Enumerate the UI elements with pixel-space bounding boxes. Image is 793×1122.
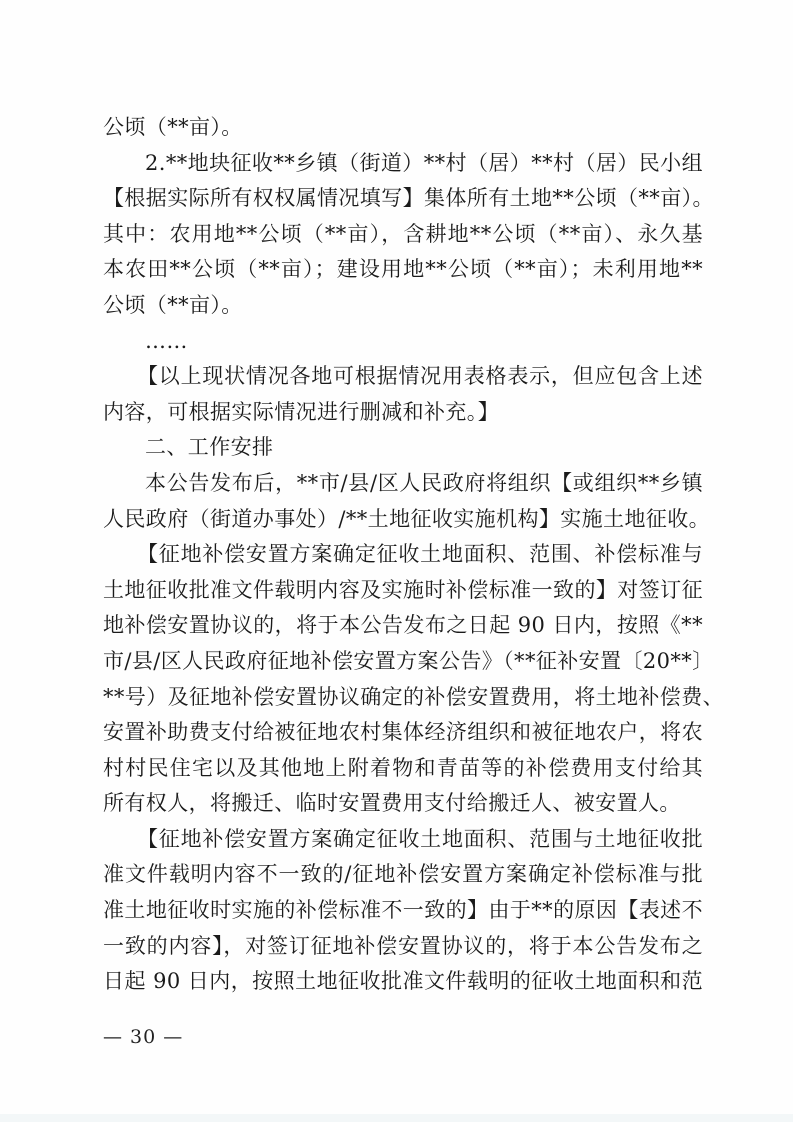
text-line: 其中：农用地**公顷（**亩），含耕地**公顷（**亩）、永久基	[103, 217, 703, 253]
ellipsis-line: ……	[103, 324, 703, 360]
text-line: 公顷（**亩）。	[103, 110, 703, 146]
text-line: 一致的内容】，对签订征地补偿安置协议的，将于本公告发布之	[103, 929, 703, 965]
text-line: 人民政府（街道办事处）/**土地征收实施机构】实施土地征收。	[103, 502, 703, 538]
text-line: 【征地补偿安置方案确定征收土地面积、范围与土地征收批	[103, 822, 703, 858]
text-line: 所有权人，将搬迁、临时安置费用支付给搬迁人、被安置人。	[103, 786, 703, 822]
text-line: 村村民住宅以及其他地上附着物和青苗等的补偿费用支付给其	[103, 751, 703, 787]
text-line: 【征地补偿安置方案确定征收土地面积、范围、补偿标准与	[103, 537, 703, 573]
text-line: 本农田**公顷（**亩）；建设用地**公顷（**亩）；未利用地**	[103, 252, 703, 288]
text-line: 土地征收批准文件载明内容及实施时补偿标准一致的】对签订征	[103, 573, 703, 609]
text-line: 公顷（**亩）。	[103, 288, 703, 324]
text-line: 日起 90 日内，按照土地征收批准文件载明的征收土地面积和范	[103, 964, 703, 1000]
page-number: — 30 —	[103, 1026, 183, 1048]
text-line: 【以上现状情况各地可根据情况用表格表示，但应包含上述	[103, 359, 703, 395]
text-line: **号）及征地补偿安置协议确定的补偿安置费用，将土地补偿费、	[103, 680, 703, 716]
text-line: 准土地征收时实施的补偿标准不一致的】由于**的原因【表述不	[103, 893, 703, 929]
text-line: 准文件载明内容不一致的/征地补偿安置方案确定补偿标准与批	[103, 857, 703, 893]
document-body: 公顷（**亩）。 2.**地块征收**乡镇（街道）**村（居）**村（居）民小组…	[103, 110, 703, 1000]
text-line: 【根据实际所有权权属情况填写】集体所有土地**公顷（**亩）。	[103, 181, 703, 217]
text-line: 2.**地块征收**乡镇（街道）**村（居）**村（居）民小组	[103, 146, 703, 182]
text-line: 本公告发布后，**市/县/区人民政府将组织【或组织**乡镇	[103, 466, 703, 502]
text-line: 内容，可根据实际情况进行删减和补充。】	[103, 395, 703, 431]
text-line: 安置补助费支付给被征地农村集体经济组织和被征地农户，将农	[103, 715, 703, 751]
text-line: 地补偿安置协议的，将于本公告发布之日起 90 日内，按照《**	[103, 608, 703, 644]
document-page: 公顷（**亩）。 2.**地块征收**乡镇（街道）**村（居）**村（居）民小组…	[0, 0, 793, 1122]
text-line: 市/县/区人民政府征地补偿安置方案公告》（**征补安置〔20**〕	[103, 644, 703, 680]
section-heading: 二、工作安排	[103, 430, 703, 466]
scan-edge-strip	[0, 1114, 793, 1122]
